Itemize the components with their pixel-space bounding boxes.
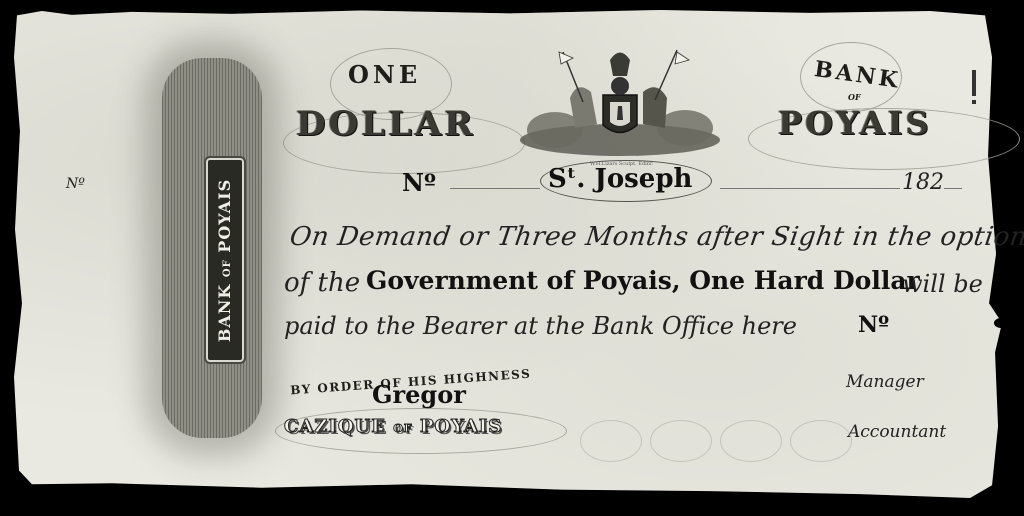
panel-label: BANK OF POYAIS bbox=[216, 178, 235, 341]
accountant-signature-label: Accountant bbox=[848, 422, 946, 442]
date-year: 182 bbox=[902, 170, 944, 195]
decorative-scroll bbox=[580, 420, 642, 462]
decorative-scroll bbox=[720, 420, 782, 462]
promise-line-1: On Demand or Three Months after Sight in… bbox=[288, 222, 1024, 252]
decorative-scroll bbox=[650, 420, 712, 462]
promise-line-2-pre: of the bbox=[284, 268, 360, 298]
serial-fill-line bbox=[450, 188, 540, 189]
serial-number-center: Nº bbox=[402, 168, 436, 197]
ink-mark bbox=[972, 100, 976, 104]
date-fill-line bbox=[720, 188, 900, 189]
denomination-main: DOLLAR bbox=[296, 104, 476, 144]
promise-line-2-post: will be bbox=[902, 270, 983, 298]
date-fill-line bbox=[944, 188, 962, 189]
panel-label-frame: BANK OF POYAIS bbox=[206, 158, 244, 362]
promise-line-3-number: Nº bbox=[858, 312, 889, 338]
ink-mark bbox=[972, 70, 976, 96]
paper-tear bbox=[994, 318, 1008, 328]
denomination-top: ONE bbox=[348, 60, 421, 89]
authority-title: CAZIQUE OF POYAIS bbox=[284, 416, 502, 437]
bank-of: OF bbox=[848, 92, 861, 102]
promise-line-2-main: Government of Poyais, One Hard Dollar bbox=[366, 266, 920, 295]
manager-signature-label: Manager bbox=[846, 372, 924, 392]
authority-name: Gregor bbox=[372, 380, 466, 409]
bank-main: POYAIS bbox=[778, 104, 932, 142]
promise-line-3: paid to the Bearer at the Bank Office he… bbox=[284, 312, 797, 340]
place-name: Sᵗ. Joseph bbox=[548, 164, 692, 194]
coat-of-arms-icon bbox=[515, 40, 725, 158]
decorative-scroll bbox=[790, 420, 852, 462]
serial-number-left: Nº bbox=[66, 176, 85, 192]
